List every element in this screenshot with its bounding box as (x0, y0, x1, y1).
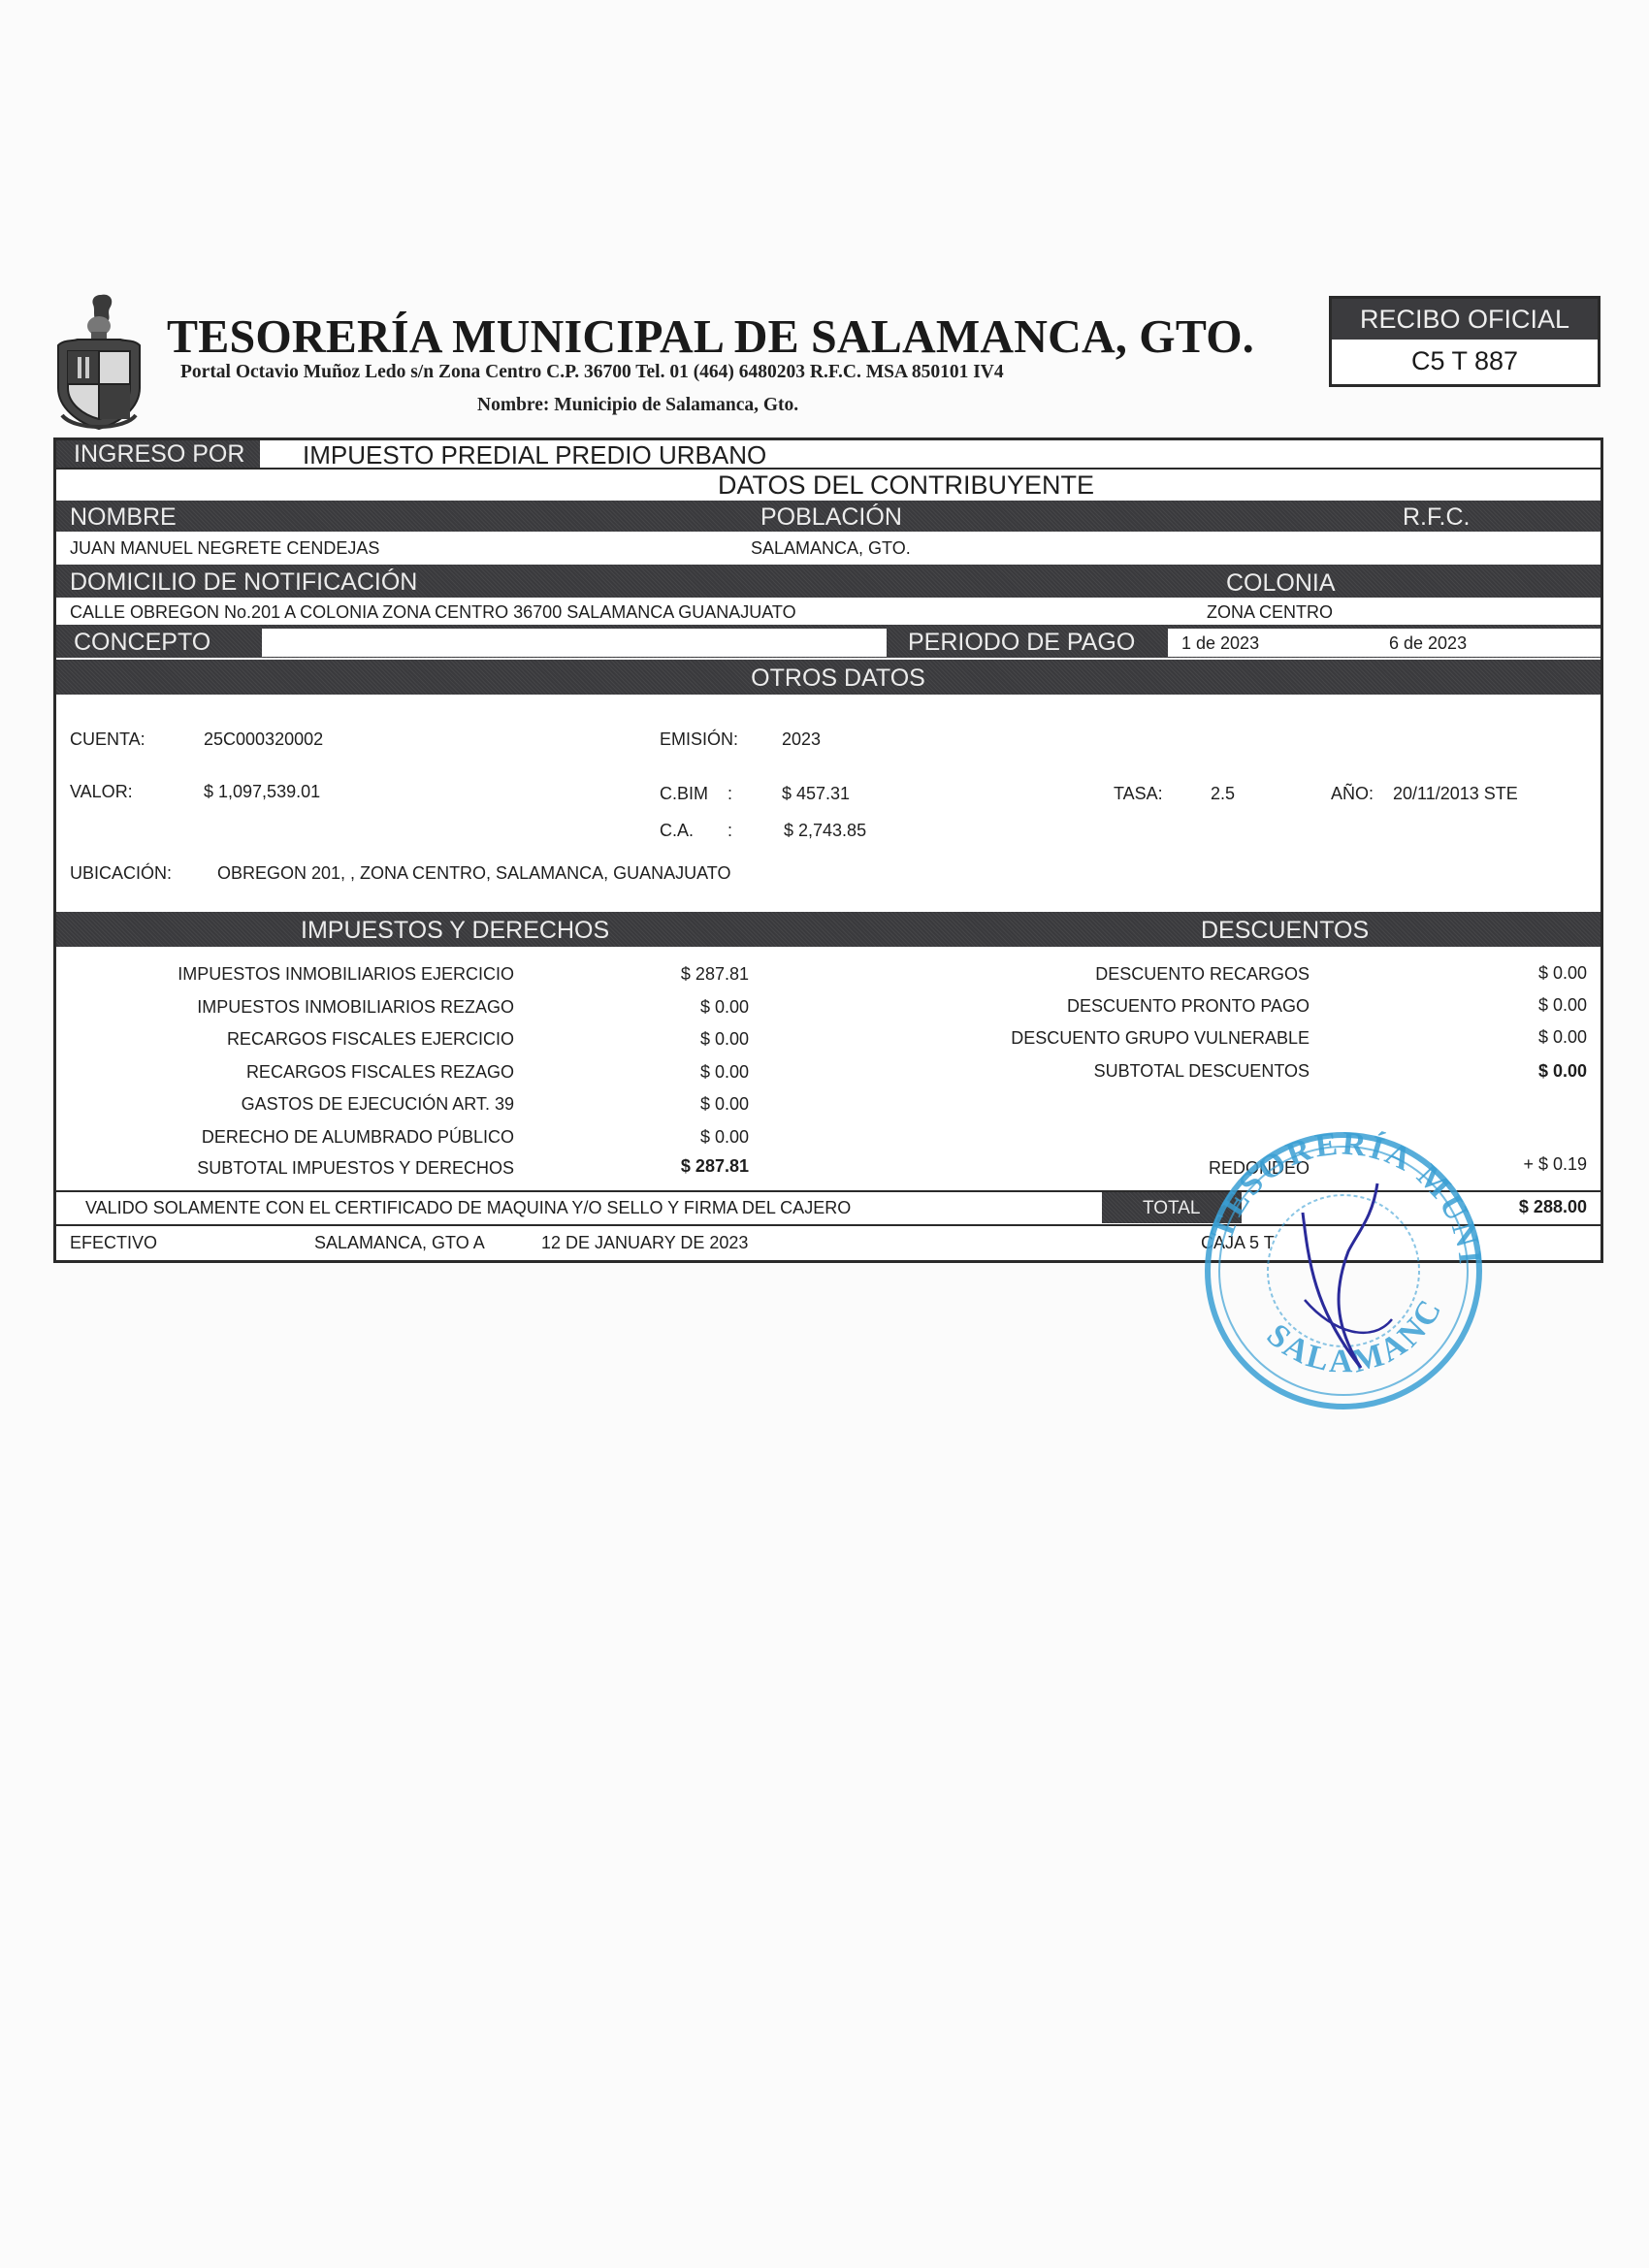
impuesto-item-amount: $ 287.81 (681, 964, 749, 985)
impuesto-item-label: DERECHO DE ALUMBRADO PÚBLICO (202, 1127, 514, 1148)
nombre-label: NOMBRE (70, 501, 177, 534)
valor-label: VALOR: (70, 782, 133, 802)
cbim-colon: : (727, 784, 732, 804)
descuento-item-amount: $ 0.00 (1538, 963, 1587, 984)
impuesto-item-amount: $ 0.00 (700, 1029, 749, 1050)
receipt-number-box: RECIBO OFICIAL C5 T 887 (1329, 296, 1600, 387)
validity-note: VALIDO SOLAMENTE CON EL CERTIFICADO DE M… (85, 1192, 851, 1223)
total-label: TOTAL (1143, 1192, 1200, 1225)
redondeo-value: + $ 0.19 (1523, 1154, 1587, 1175)
payment-place: SALAMANCA, GTO A (314, 1226, 485, 1259)
descuento-item-label: DESCUENTO RECARGOS (1095, 964, 1309, 985)
emision-value: 2023 (782, 729, 821, 750)
poblacion-value: SALAMANCA, GTO. (751, 534, 911, 563)
impuesto-item-label: IMPUESTOS INMOBILIARIOS EJERCICIO (178, 964, 514, 985)
ca-label: C.A. (660, 821, 694, 841)
ca-colon: : (727, 821, 732, 841)
nombre-value: JUAN MANUEL NEGRETE CENDEJAS (70, 534, 379, 563)
redondeo-label: REDONDEO (1209, 1158, 1309, 1179)
descuento-item-amount: $ 0.00 (1538, 995, 1587, 1016)
periodo-fin: 6 de 2023 (1389, 629, 1467, 659)
payment-method: EFECTIVO (70, 1226, 157, 1259)
impuestos-descuentos-band (56, 912, 1600, 947)
periodo-label: PERIODO DE PAGO (908, 625, 1135, 660)
anio-label: AÑO: (1331, 784, 1374, 804)
impuesto-item-amount: $ 0.00 (700, 1127, 749, 1148)
issuer-name: Nombre: Municipio de Salamanca, Gto. (477, 395, 798, 416)
colonia-value: ZONA CENTRO (1207, 598, 1333, 627)
descuento-item-label: DESCUENTO PRONTO PAGO (1067, 996, 1309, 1017)
impuestos-subtotal-label: SUBTOTAL IMPUESTOS Y DERECHOS (197, 1158, 514, 1179)
descuentos-subtotal-value: $ 0.00 (1538, 1061, 1587, 1082)
tasa-label: TASA: (1114, 784, 1163, 804)
issuer-address: Portal Octavio Muñoz Ledo s/n Zona Centr… (180, 362, 1004, 383)
receipt-number: C5 T 887 (1332, 340, 1598, 382)
cbim-label: C.BIM (660, 784, 708, 804)
ubicacion-label: UBICACIÓN: (70, 863, 172, 884)
tasa-value: 2.5 (1211, 784, 1235, 804)
descuento-item-amount: $ 0.00 (1538, 1027, 1587, 1048)
receipt-table: INGRESO POR IMPUESTO PREDIAL PREDIO URBA… (53, 437, 1603, 1263)
impuesto-item-label: GASTOS DE EJECUCIÓN ART. 39 (242, 1094, 514, 1115)
impuesto-item-label: RECARGOS FISCALES REZAGO (246, 1062, 514, 1083)
divider (56, 1224, 1600, 1226)
ca-value: $ 2,743.85 (784, 821, 866, 841)
contribuyente-section-title: DATOS DEL CONTRIBUYENTE (56, 470, 1600, 501)
descuentos-title: DESCUENTOS (1201, 912, 1369, 949)
descuento-item-label: DESCUENTO GRUPO VULNERABLE (1011, 1028, 1309, 1049)
payment-date: 12 DE JANUARY DE 2023 (541, 1226, 748, 1259)
cuenta-value: 25C000320002 (204, 729, 323, 750)
poblacion-label: POBLACIÓN (760, 501, 902, 534)
valor-value: $ 1,097,539.01 (204, 782, 320, 802)
periodo-field: 1 de 2023 6 de 2023 (1168, 629, 1600, 657)
concepto-label: CONCEPTO (74, 625, 210, 660)
cbim-value: $ 457.31 (782, 784, 850, 804)
total-value: $ 288.00 (1519, 1192, 1587, 1221)
rfc-label: R.F.C. (1403, 501, 1470, 534)
descuentos-subtotal-label: SUBTOTAL DESCUENTOS (1094, 1061, 1309, 1082)
impuestos-subtotal-value: $ 287.81 (681, 1156, 749, 1177)
impuesto-item-label: RECARGOS FISCALES EJERCICIO (227, 1029, 514, 1050)
cuenta-label: CUENTA: (70, 729, 145, 750)
anio-value: 20/11/2013 STE (1393, 784, 1518, 804)
periodo-inicio: 1 de 2023 (1181, 629, 1259, 659)
issuer-title: TESORERÍA MUNICIPAL DE SALAMANCA, GTO. (167, 308, 1254, 364)
municipal-crest-icon (50, 291, 147, 435)
domicilio-value: CALLE OBREGON No.201 A COLONIA ZONA CENT… (70, 598, 796, 627)
impuesto-item-label: IMPUESTOS INMOBILIARIOS REZAGO (197, 997, 514, 1018)
otros-datos-title: OTROS DATOS (56, 660, 1600, 697)
impuestos-title: IMPUESTOS Y DERECHOS (301, 912, 609, 949)
colonia-label: COLONIA (1226, 565, 1336, 601)
concepto-field (262, 629, 887, 657)
ingreso-value: IMPUESTO PREDIAL PREDIO URBANO (303, 440, 766, 470)
ingreso-label: INGRESO POR (74, 440, 244, 468)
impuesto-item-amount: $ 0.00 (700, 1062, 749, 1083)
ubicacion-value: OBREGON 201, , ZONA CENTRO, SALAMANCA, G… (217, 863, 730, 884)
receipt-label: RECIBO OFICIAL (1332, 299, 1598, 340)
domicilio-label: DOMICILIO DE NOTIFICACIÓN (70, 565, 417, 599)
impuesto-item-amount: $ 0.00 (700, 997, 749, 1018)
emision-label: EMISIÓN: (660, 729, 738, 750)
caja-label: CAJA 5 T (1201, 1226, 1275, 1259)
impuesto-item-amount: $ 0.00 (700, 1094, 749, 1115)
